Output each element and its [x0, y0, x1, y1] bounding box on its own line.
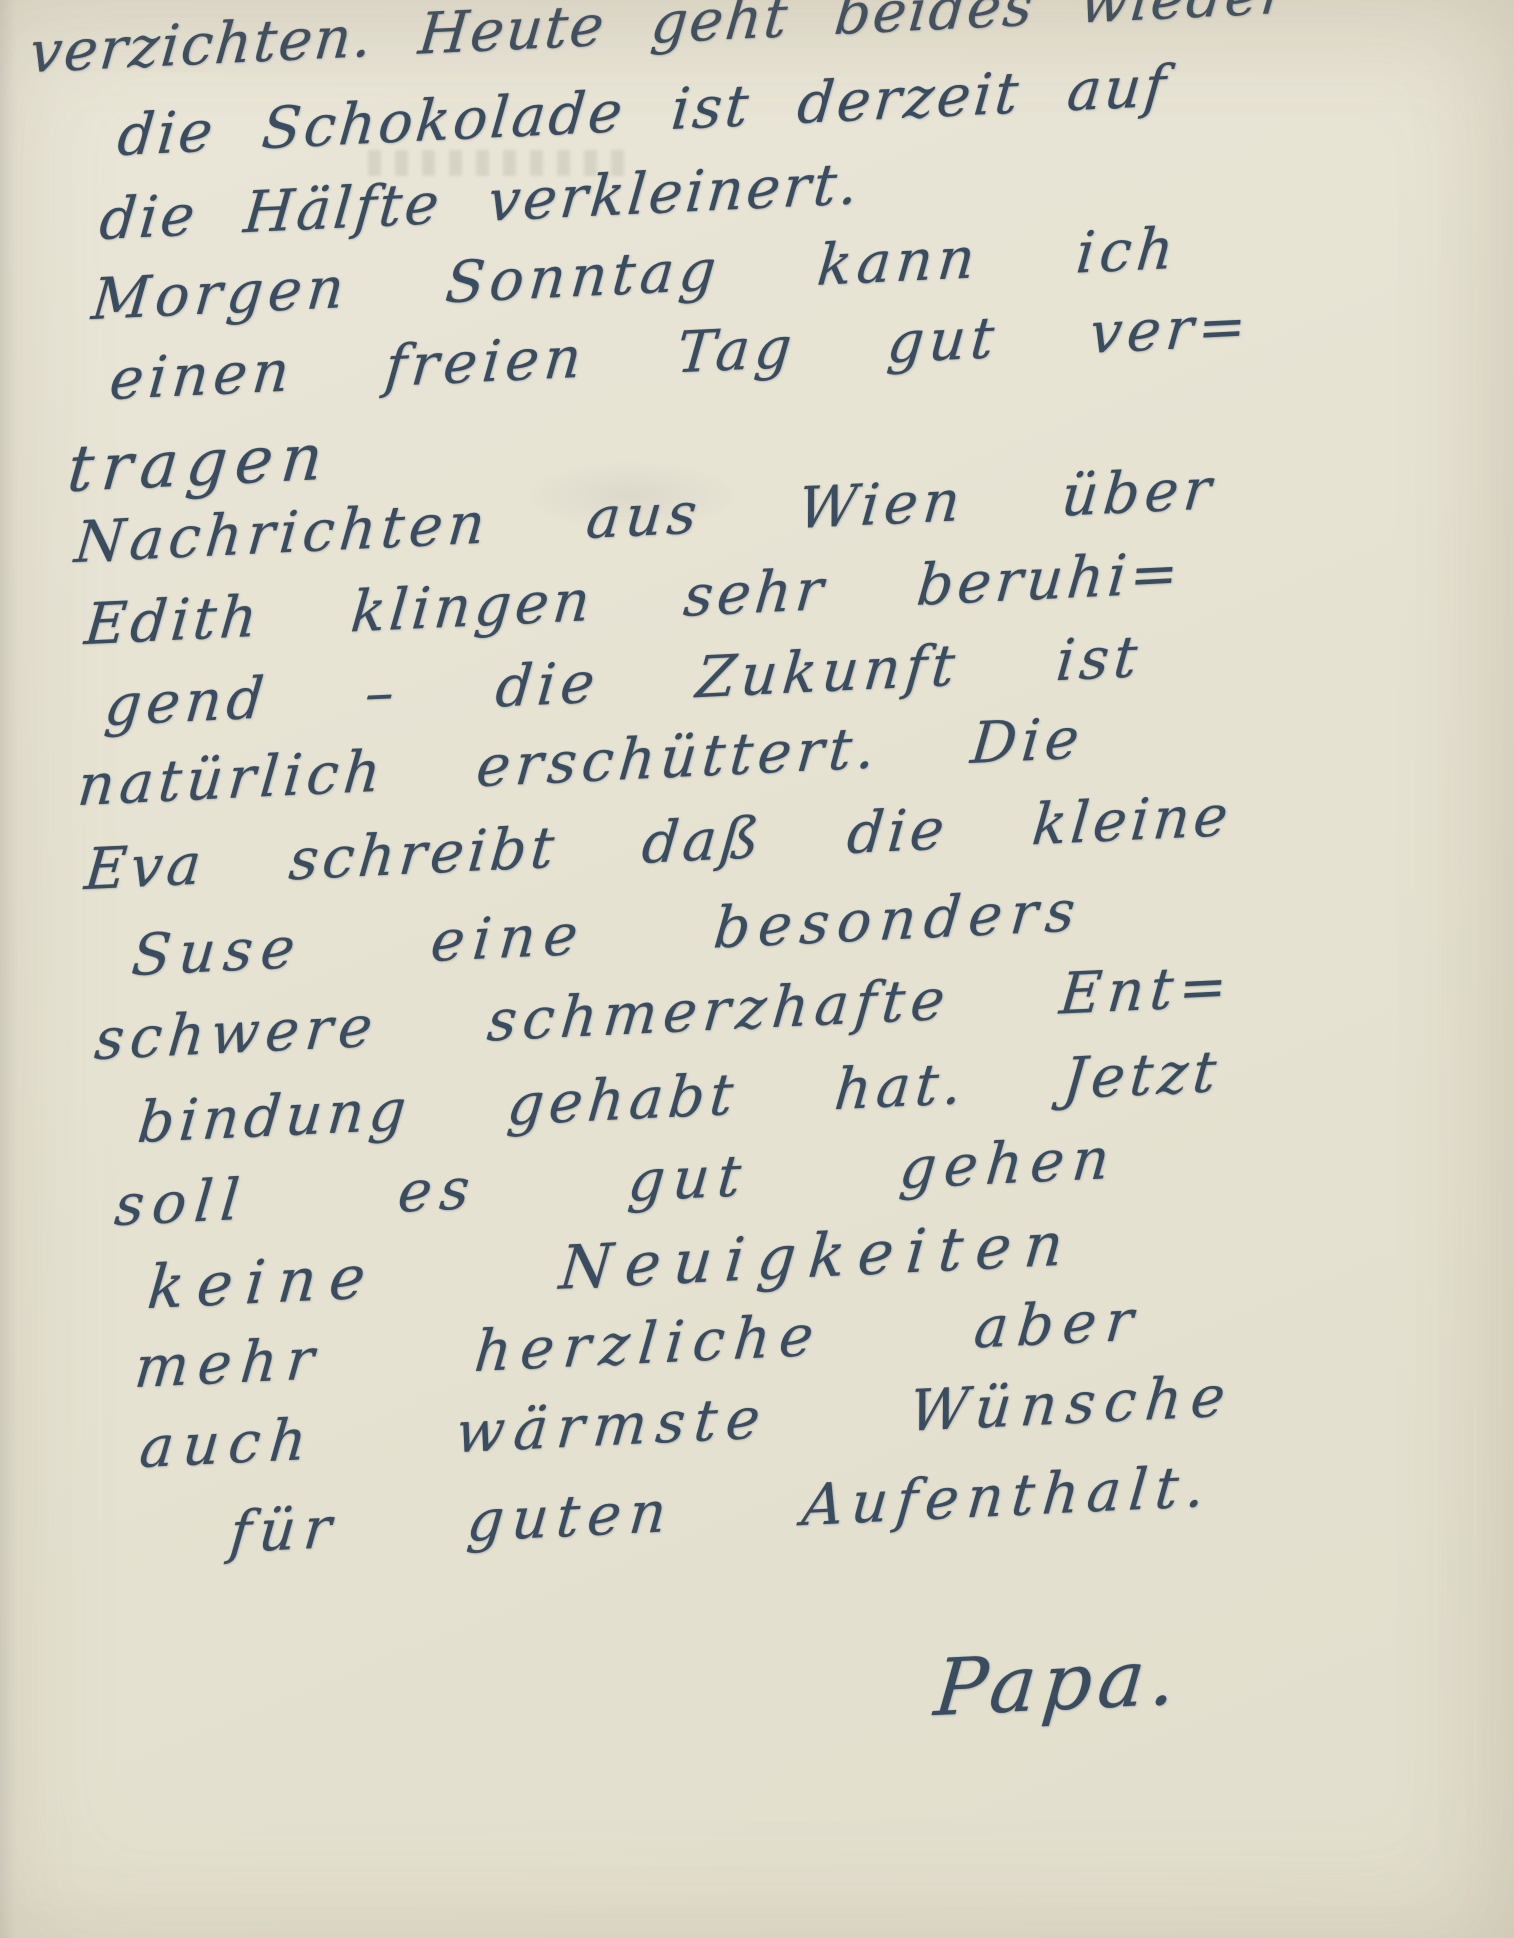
- letter-page: verzichten. Heute geht beides wieder die…: [0, 0, 1514, 1938]
- handwritten-line-6: tragen: [65, 425, 333, 502]
- handwritten-line-19: für guten Aufenthalt.: [227, 1459, 1215, 1563]
- scan-edge: [0, 0, 16, 1938]
- signature: Papa.: [931, 1638, 1185, 1728]
